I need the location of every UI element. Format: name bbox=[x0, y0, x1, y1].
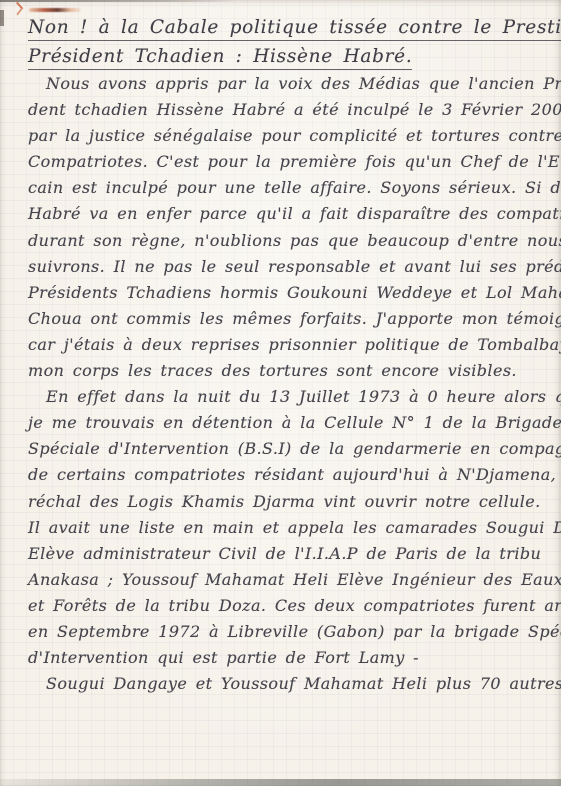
scan-edge-top-shadow bbox=[0, 0, 238, 2]
handwritten-line: Choua ont commis les mêmes forfaits. J'a… bbox=[28, 306, 553, 332]
red-pen-smudge bbox=[29, 8, 81, 12]
document-title-line-2: Président Tchadien : Hissène Habré. bbox=[28, 43, 553, 72]
handwritten-line: et Forêts de la tribu Doza. Ces deux com… bbox=[28, 593, 553, 619]
handwritten-line: par la justice sénégalaise pour complici… bbox=[28, 123, 553, 149]
handwritten-line: suivrons. Il ne pas le seul responsable … bbox=[28, 254, 553, 280]
title-text: Non ! à la Cabale politique tissée contr… bbox=[28, 17, 561, 41]
handwritten-line: réchal des Logis Khamis Djarma vint ouvr… bbox=[28, 489, 553, 515]
handwritten-line: En effet dans la nuit du 13 Juillet 1973… bbox=[28, 384, 553, 410]
scanned-document-page: Non ! à la Cabale politique tissée contr… bbox=[0, 0, 561, 786]
handwritten-line: car j'étais à deux reprises prisonnier p… bbox=[28, 332, 553, 358]
red-pen-mark-icon bbox=[12, 2, 24, 16]
title-text: Président Tchadien : Hissène Habré. bbox=[28, 46, 412, 70]
handwritten-line: cain est inculpé pour une telle affaire.… bbox=[28, 175, 553, 201]
handwritten-line: de certains compatriotes résidant aujour… bbox=[28, 462, 553, 488]
handwritten-line: mon corps les traces des tortures sont e… bbox=[28, 358, 553, 384]
handwritten-line: Compatriotes. C'est pour la première foi… bbox=[28, 149, 553, 175]
handwritten-line: dent tchadien Hissène Habré a été inculp… bbox=[28, 97, 553, 123]
handwritten-line: Anakasa ; Youssouf Mahamat Heli Elève In… bbox=[28, 567, 553, 593]
handwritten-line: Elève administrateur Civil de l'I.I.A.P … bbox=[28, 541, 553, 567]
handwritten-line: Sougui Dangaye et Youssouf Mahamat Heli … bbox=[28, 671, 553, 697]
handwritten-line: Nous avons appris par la voix des Médias… bbox=[28, 71, 553, 97]
handwritten-line: Spéciale d'Intervention (B.S.I) de la ge… bbox=[28, 436, 553, 462]
handwritten-line: en Septembre 1972 à Libreville (Gabon) p… bbox=[28, 619, 553, 645]
handwritten-text-block: Non ! à la Cabale politique tissée contr… bbox=[28, 14, 553, 697]
handwritten-line: durant son règne, n'oublions pas que bea… bbox=[28, 228, 553, 254]
handwritten-line: Habré va en enfer parce qu'il a fait dis… bbox=[28, 201, 553, 227]
handwritten-line: Présidents Tchadiens hormis Goukouni Wed… bbox=[28, 280, 553, 306]
handwritten-line: d'Intervention qui est partie de Fort La… bbox=[28, 645, 553, 671]
handwritten-line: je me trouvais en détention à la Cellule… bbox=[28, 410, 553, 436]
document-title-line-1: Non ! à la Cabale politique tissée contr… bbox=[28, 14, 553, 43]
handwritten-line: Il avait une liste en main et appela les… bbox=[28, 515, 553, 541]
scan-edge-bottom-shadow bbox=[0, 779, 561, 786]
scan-edge-left-notch bbox=[0, 10, 4, 26]
